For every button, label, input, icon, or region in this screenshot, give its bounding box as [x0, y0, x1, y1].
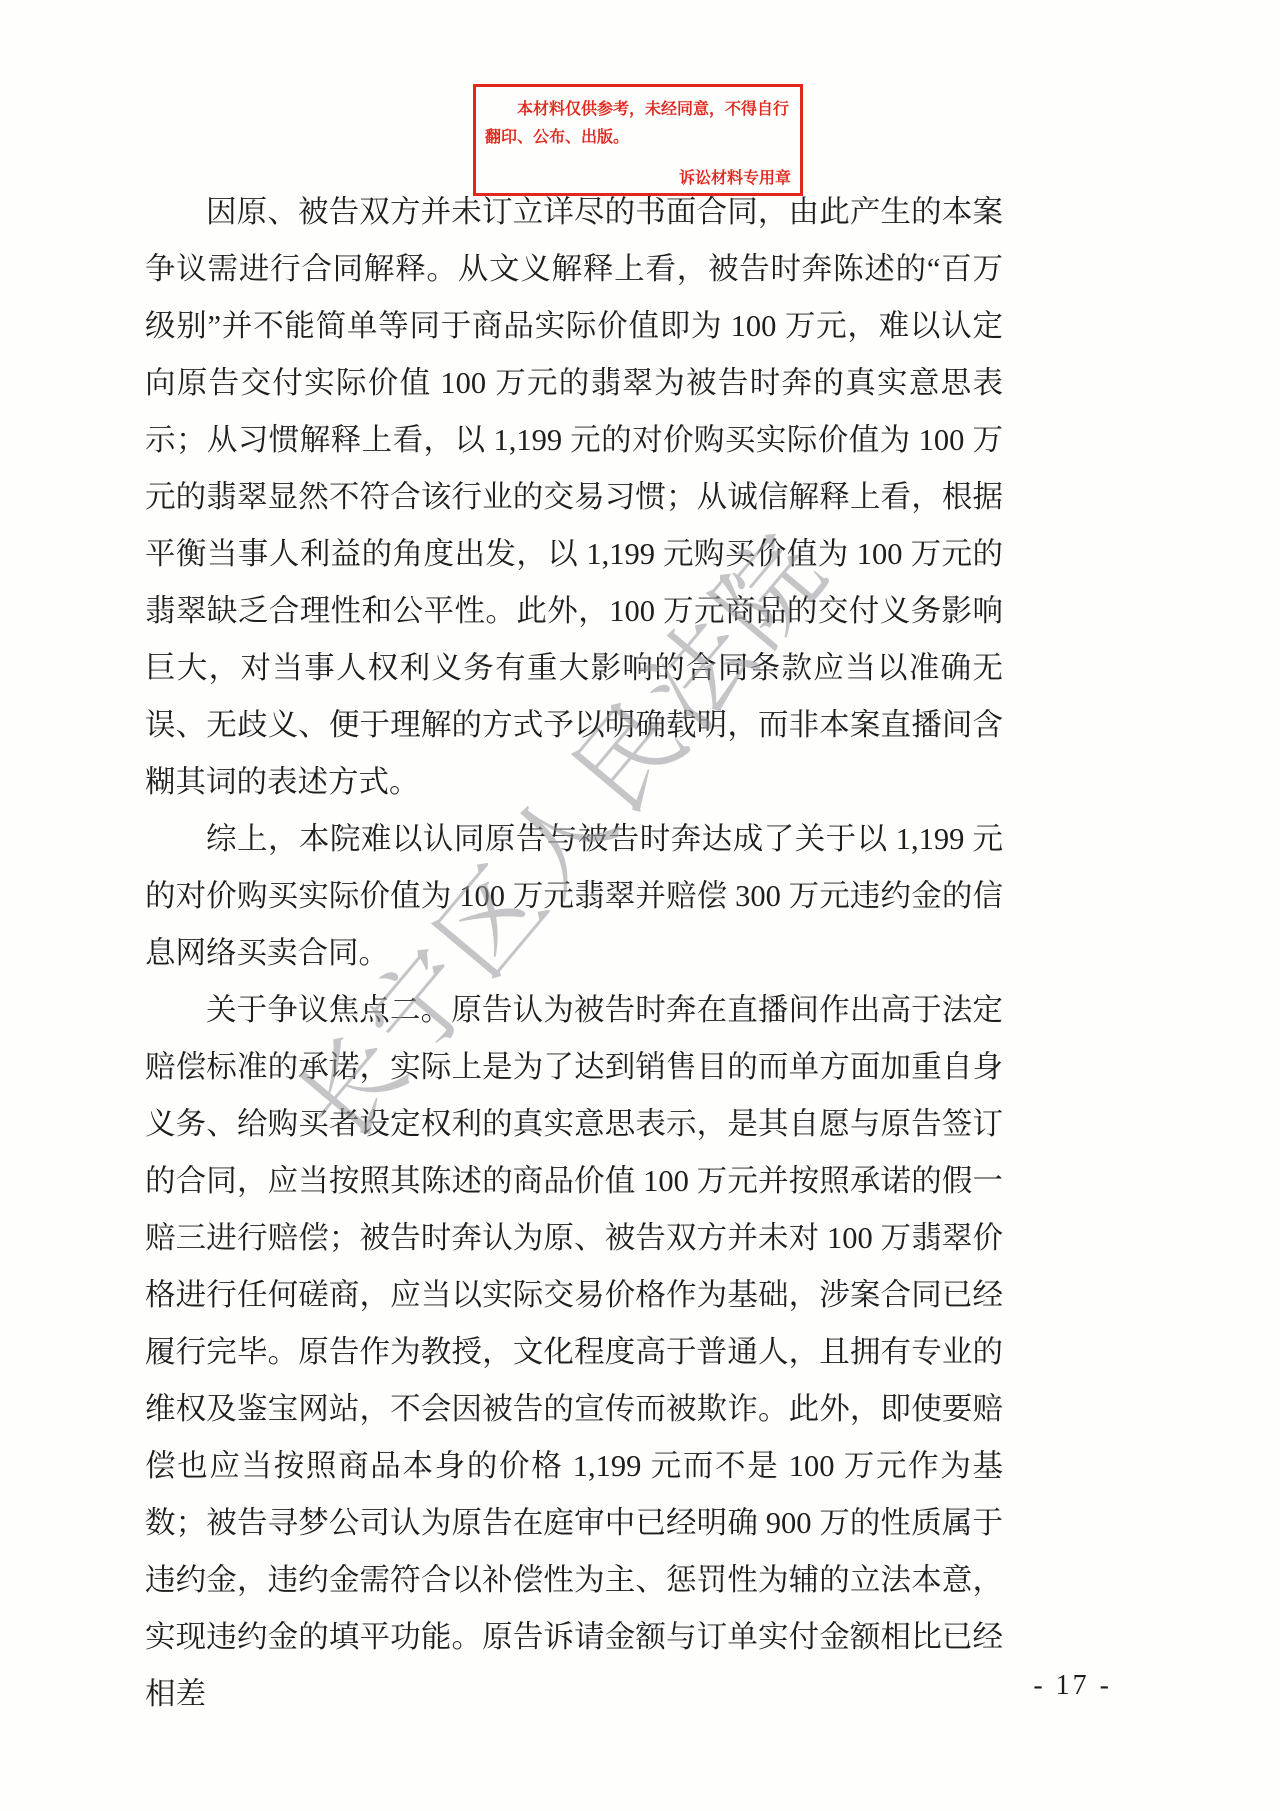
- paragraph-contract-interpretation: 因原、被告双方并未订立详尽的书面合同，由此产生的本案争议需进行合同解释。从文义解…: [145, 184, 1003, 811]
- stamp-line-1: 本材料仅供参考，未经同意，不得自行: [485, 96, 791, 124]
- paragraph-court-conclusion: 综上，本院难以认同原告与被告时奔达成了关于以 1,199 元的对价购买实际价值为…: [145, 811, 1003, 982]
- stamp-line-3: 诉讼材料专用章: [485, 165, 791, 193]
- paragraph-dispute-focus-two: 关于争议焦点二。原告认为被告时奔在直播间作出高于法定赔偿标准的承诺，实际上是为了…: [145, 982, 1003, 1723]
- page-number: - 17 -: [1033, 1670, 1112, 1702]
- stamp-line-2: 翻印、公布、出版。: [485, 124, 791, 152]
- confidentiality-stamp-box: 本材料仅供参考，未经同意，不得自行 翻印、公布、出版。 诉讼材料专用章: [473, 84, 803, 196]
- scanned-judgment-page: 本材料仅供参考，未经同意，不得自行 翻印、公布、出版。 诉讼材料专用章 长宁区人…: [0, 0, 1280, 1811]
- judgment-body: 因原、被告双方并未订立详尽的书面合同，由此产生的本案争议需进行合同解释。从文义解…: [145, 184, 1003, 1723]
